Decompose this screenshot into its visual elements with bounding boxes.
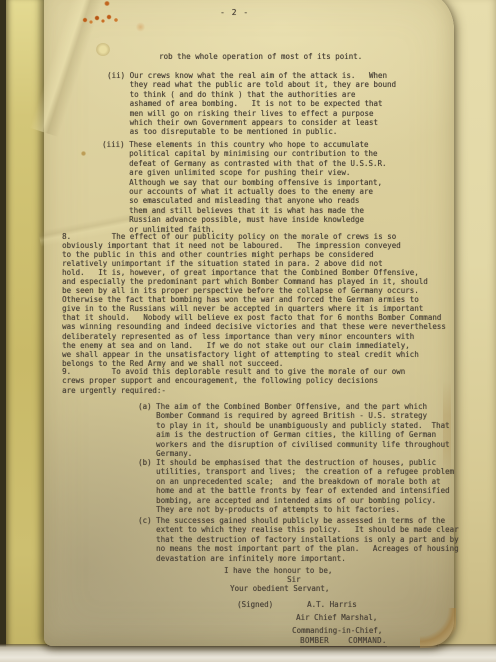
under-sheet-left — [6, 0, 48, 650]
closing-honour-line: I have the honour to be, — [224, 566, 332, 575]
table-surface — [0, 644, 496, 662]
signatory-command: BOMBER COMMAND. — [300, 636, 387, 647]
document-photo: - 2 - rob the whole operation of most of… — [0, 0, 496, 662]
sub-para-ii: (ii) Our crews know what the real aim of… — [107, 71, 396, 137]
sub-para-iii: (iii) These elements in this country who… — [102, 140, 386, 234]
signatory-rank: Air Chief Marshal, — [296, 613, 377, 622]
closing-servant-line: Your obedient Servant, — [230, 584, 329, 593]
page-number: - 2 - — [220, 8, 249, 17]
closing-sir: Sir — [287, 575, 301, 584]
document-sheet: - 2 - rob the whole operation of most of… — [44, 0, 454, 646]
carryover-line: rob the whole operation of most of its p… — [159, 52, 362, 61]
paragraph-8: 8. The effect of our publicity policy on… — [62, 232, 446, 368]
signatory-name: A.T. Harris — [307, 600, 357, 609]
signed-label: (Signed) — [237, 600, 273, 609]
policy-point-c: (c) The successes gained should publicly… — [138, 516, 459, 563]
signatory-role: Commanding-in-Chief, — [292, 626, 382, 635]
policy-point-a: (a) The aim of the Combined Bomber Offen… — [138, 402, 450, 458]
paragraph-9: 9. To avoid this deplorable result and t… — [62, 367, 405, 395]
typed-text-layer: - 2 - rob the whole operation of most of… — [44, 0, 454, 646]
policy-point-b: (b) It should be emphasised that the des… — [138, 458, 454, 514]
